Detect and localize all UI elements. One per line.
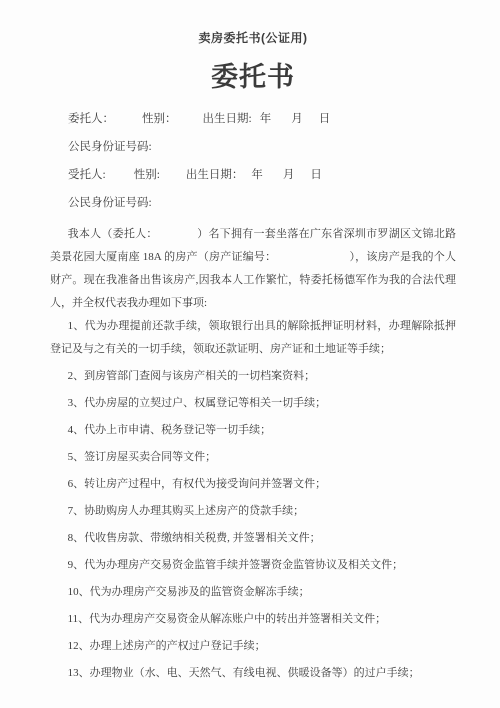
agent-label: 受托人: <box>68 167 106 184</box>
clause-12: 12、办理上述房产的产权过户登记手续； <box>50 635 456 658</box>
clause-4: 4、代办上市申请、税务登记等一切手续； <box>50 419 456 442</box>
document-page: 卖房委托书(公证用) 委托书 委托人： 性别： 出生日期: 年 月 日 公民身份… <box>0 0 500 708</box>
clause-2: 2、到房管部门查阅与该房产相关的一切档案资料； <box>50 365 456 388</box>
clause-8: 8、代收售房款、带缴纳相关税费, 并签署相关文件； <box>50 527 456 550</box>
document-subtitle: 卖房委托书(公证用) <box>50 30 456 46</box>
agent-birthdate-label: 出生日期： <box>186 167 244 184</box>
clause-7: 7、协助购房人办理其购买上述房产的贷款手续； <box>50 500 456 523</box>
clause-11: 11、代为办理房产交易资金从解冻账户中的转出并签署相关文件； <box>50 608 456 631</box>
clause-3: 3、代办房屋的立契过户、权属登记等相关一切手续； <box>50 392 456 415</box>
clause-10: 10、代为办理房产交易涉及的监管资金解冻手续； <box>50 581 456 604</box>
principal-month-label: 月 <box>291 111 303 128</box>
agent-year-label: 年 <box>251 167 263 184</box>
agent-id-label: 公民身份证号码: <box>68 195 456 212</box>
clause-5: 5、签订房屋买卖合同等文件； <box>50 446 456 469</box>
clause-1: 1、代为办理提前还款手续，领取银行出具的解除抵押证明材料，办理解除抵押登记及与之… <box>50 315 456 361</box>
principal-day-label: 日 <box>319 111 331 128</box>
principal-label: 委托人： <box>68 111 114 128</box>
principal-birthdate-label: 出生日期: <box>203 111 252 128</box>
principal-row: 委托人： 性别： 出生日期: 年 月 日 <box>68 111 456 128</box>
principal-gender-label: 性别： <box>142 111 177 128</box>
agent-gender-label: 性别: <box>134 167 160 184</box>
agent-day-label: 日 <box>310 167 322 184</box>
agent-row: 受托人: 性别: 出生日期： 年 月 日 <box>68 167 456 184</box>
agent-month-label: 月 <box>283 167 295 184</box>
clause-13: 13、办理物业（水、电、天然气、有线电视、供暖设备等）的过户手续； <box>50 662 456 685</box>
principal-id-label: 公民身份证号码: <box>68 139 456 156</box>
clause-6: 6、转让房产过程中，有权代为接受询问并签署文件； <box>50 473 456 496</box>
intro-paragraph: 我本人（委托人： ）名下拥有一套坐落在广东省深圳市罗湖区文锦北路美景花园大厦南座… <box>50 223 456 315</box>
document-title: 委托书 <box>50 60 456 94</box>
clause-9: 9、代为办理房产交易资金监管手续并签署资金监管协议及相关文件； <box>50 554 456 577</box>
principal-year-label: 年 <box>260 111 272 128</box>
